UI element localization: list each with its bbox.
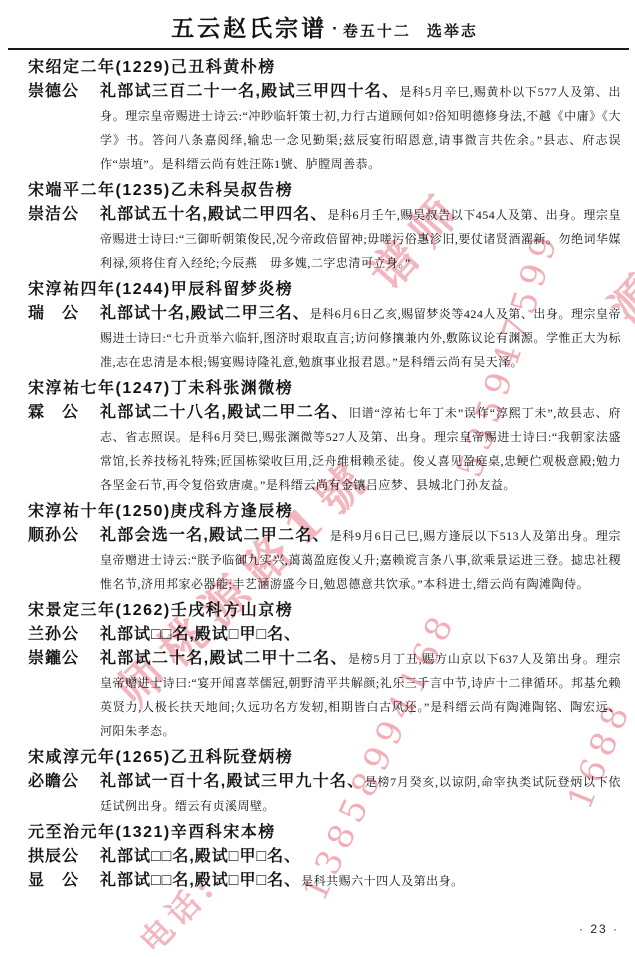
genealogy-page: 五云赵氏宗谱·卷五十二选举志 宋绍定二年(1229)己丑科黄朴榜 崇德公 礼部试… bbox=[0, 0, 635, 893]
section-heading: 宋淳祐四年(1244)甲辰科留梦炎榜 bbox=[28, 278, 621, 302]
entry-person-name: 必瞻公 bbox=[28, 770, 100, 818]
section-heading: 宋淳祐七年(1247)丁未科张渊微榜 bbox=[28, 377, 621, 401]
header-divider bbox=[8, 48, 629, 50]
big-text-segment: 礼部试一百十名,殿试三甲九十名、 bbox=[100, 773, 365, 790]
big-text-segment: 礼部试五十名,殿试二甲四名、 bbox=[100, 206, 327, 223]
entry-row: 崇德公 礼部试三百二十一名,殿试三甲四十名、是科5月辛巳,赐黄朴以下577人及第… bbox=[28, 80, 621, 176]
entry-person-name: 崇德公 bbox=[28, 80, 100, 176]
entry-text: 礼部试十名,殿试二甲三名、是科6月6日乙亥,赐留梦炎等424人及第、出身。理宗皇… bbox=[100, 302, 621, 374]
entry-text: 礼部试一百十名,殿试三甲九十名、是榜7月癸亥,以谅阴,命宰执类试阮登炳以下依廷试… bbox=[100, 770, 621, 818]
entry-text: 礼部试□□名,殿试□甲□名、是科共赐六十四人及第出身。 bbox=[100, 869, 621, 893]
section-heading: 宋淳祐十年(1250)庚戌科方逢辰榜 bbox=[28, 500, 621, 524]
big-text-segment: 礼部试十名,殿试二甲三名、 bbox=[100, 305, 310, 322]
entry-row: 崇鑨公 礼部试二十名,殿试二甲十二名、是榜5月丁丑,赐方山京以下637人及第出身… bbox=[28, 647, 621, 743]
entry-text: 礼部试□□名,殿试□甲□名、 bbox=[100, 845, 621, 869]
section-1265: 宋咸淳元年(1265)乙丑科阮登炳榜 必瞻公 礼部试一百十名,殿试三甲九十名、是… bbox=[28, 746, 621, 818]
entry-person-name: 崇鑨公 bbox=[28, 647, 100, 743]
entry-text: 礼部试二十名,殿试二甲十二名、是榜5月丁丑,赐方山京以下637人及第出身。理宗皇… bbox=[100, 647, 621, 743]
section-1235: 宋端平二年(1235)乙未科吴叔告榜 崇洁公 礼部试五十名,殿试二甲四名、是科6… bbox=[28, 179, 621, 275]
section-heading: 宋景定三年(1262)壬戌科方山京榜 bbox=[28, 599, 621, 623]
entry-row: 必瞻公 礼部试一百十名,殿试三甲九十名、是榜7月癸亥,以谅阴,命宰执类试阮登炳以… bbox=[28, 770, 621, 818]
small-text-segment: 是科共赐六十四人及第出身。 bbox=[301, 874, 464, 888]
section-1229: 宋绍定二年(1229)己丑科黄朴榜 崇德公 礼部试三百二十一名,殿试三甲四十名、… bbox=[28, 56, 621, 176]
entry-person-name: 兰孙公 bbox=[28, 623, 100, 647]
entry-row: 显 公 礼部试□□名,殿试□甲□名、是科共赐六十四人及第出身。 bbox=[28, 869, 621, 893]
section-1321: 元至治元年(1321)辛酉科宋本榜 拱辰公 礼部试□□名,殿试□甲□名、 显 公… bbox=[28, 821, 621, 893]
entry-text: 礼部试二十八名,殿试二甲二名、旧谱“淳祐七年丁未”误作“淳熙丁未”,故县志、府志… bbox=[100, 401, 621, 497]
entry-row: 崇洁公 礼部试五十名,殿试二甲四名、是科6月壬午,赐吴叔告以下454人及第、出身… bbox=[28, 203, 621, 275]
entry-text: 礼部试五十名,殿试二甲四名、是科6月壬午,赐吴叔告以下454人及第、出身。理宗皇… bbox=[100, 203, 621, 275]
section-heading: 宋咸淳元年(1265)乙丑科阮登炳榜 bbox=[28, 746, 621, 770]
entry-row: 顺孙公 礼部会选一名,殿试二甲二名、是科9月6日己巳,赐方逢辰以下513人及第出… bbox=[28, 524, 621, 596]
entry-person-name: 瑞 公 bbox=[28, 302, 100, 374]
big-text-segment: 礼部试二十名,殿试二甲十二名、 bbox=[100, 650, 348, 667]
big-text-segment: 礼部试二十八名,殿试二甲二名、 bbox=[100, 404, 349, 421]
big-text-segment: 礼部试三百二十一名,殿试三甲四十名、 bbox=[100, 83, 399, 100]
section-label: 选举志 bbox=[427, 23, 478, 40]
entry-row: 霖 公 礼部试二十八名,殿试二甲二名、旧谱“淳祐七年丁未”误作“淳熙丁未”,故县… bbox=[28, 401, 621, 497]
entry-text: 礼部试□□名,殿试□甲□名、 bbox=[100, 623, 621, 647]
entry-person-name: 霖 公 bbox=[28, 401, 100, 497]
entry-text: 礼部试三百二十一名,殿试三甲四十名、是科5月辛巳,赐黄朴以下577人及第、出身。… bbox=[100, 80, 621, 176]
entry-person-name: 拱辰公 bbox=[28, 845, 100, 869]
entry-person-name: 顺孙公 bbox=[28, 524, 100, 596]
title-separator-dot: · bbox=[332, 19, 338, 38]
section-1244: 宋淳祐四年(1244)甲辰科留梦炎榜 瑞 公 礼部试十名,殿试二甲三名、是科6月… bbox=[28, 278, 621, 374]
book-title: 五云赵氏宗谱 bbox=[171, 16, 327, 41]
page-number: · 23 · bbox=[579, 922, 619, 936]
section-heading: 宋端平二年(1235)乙未科吴叔告榜 bbox=[28, 179, 621, 203]
entry-text: 礼部会选一名,殿试二甲二名、是科9月6日己巳,赐方逢辰以下513人及第出身。理宗… bbox=[100, 524, 621, 596]
entry-person-name: 显 公 bbox=[28, 869, 100, 893]
volume-label: 卷五十二 bbox=[343, 23, 411, 40]
big-text-segment: 礼部试□□名,殿试□甲□名、 bbox=[100, 626, 301, 643]
section-1250: 宋淳祐十年(1250)庚戌科方逢辰榜 顺孙公 礼部会选一名,殿试二甲二名、是科9… bbox=[28, 500, 621, 596]
section-1247: 宋淳祐七年(1247)丁未科张渊微榜 霖 公 礼部试二十八名,殿试二甲二名、旧谱… bbox=[28, 377, 621, 497]
entry-row: 兰孙公 礼部试□□名,殿试□甲□名、 bbox=[28, 623, 621, 647]
section-1262: 宋景定三年(1262)壬戌科方山京榜 兰孙公 礼部试□□名,殿试□甲□名、 崇鑨… bbox=[28, 599, 621, 743]
page-title: 五云赵氏宗谱·卷五十二选举志 bbox=[28, 8, 621, 43]
entry-row: 拱辰公 礼部试□□名,殿试□甲□名、 bbox=[28, 845, 621, 869]
section-heading: 元至治元年(1321)辛酉科宋本榜 bbox=[28, 821, 621, 845]
entry-row: 瑞 公 礼部试十名,殿试二甲三名、是科6月6日乙亥,赐留梦炎等424人及第、出身… bbox=[28, 302, 621, 374]
big-text-segment: 礼部会选一名,殿试二甲二名、 bbox=[100, 527, 330, 544]
big-text-segment: 礼部试□□名,殿试□甲□名、 bbox=[100, 872, 301, 889]
entry-person-name: 崇洁公 bbox=[28, 203, 100, 275]
big-text-segment: 礼部试□□名,殿试□甲□名、 bbox=[100, 848, 301, 865]
section-heading: 宋绍定二年(1229)己丑科黄朴榜 bbox=[28, 56, 621, 80]
